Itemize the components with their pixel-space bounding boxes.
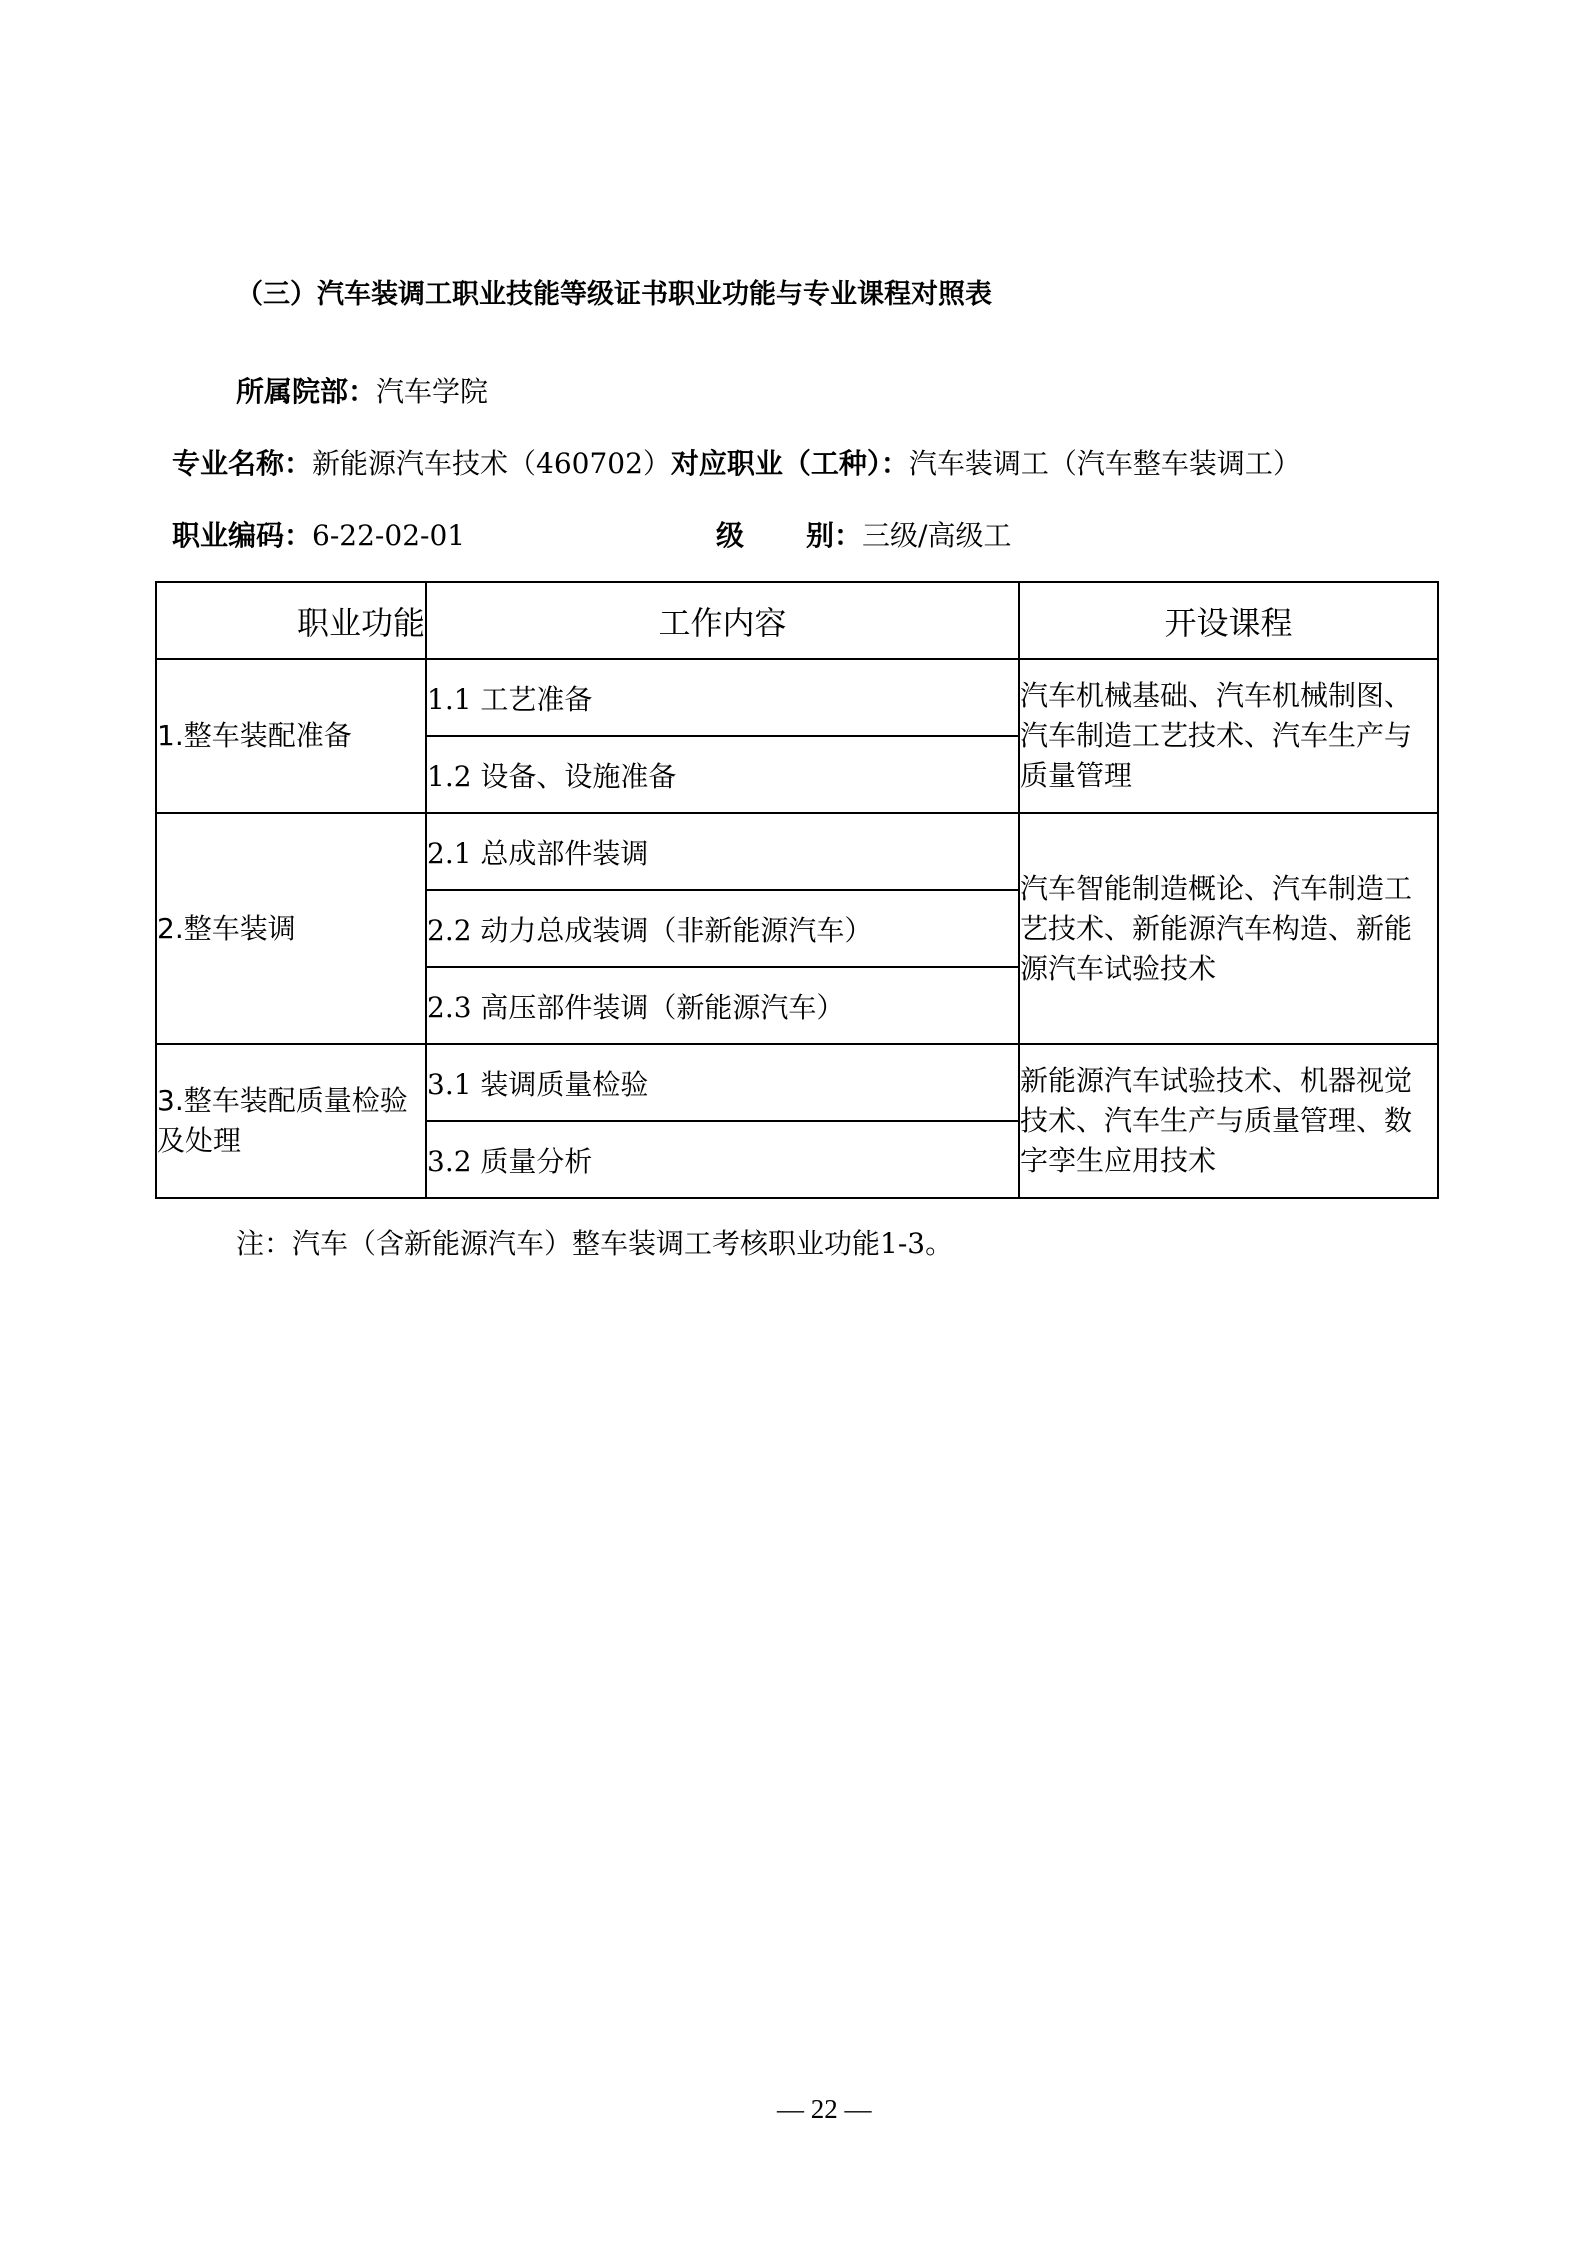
header-courses: 开设课程 <box>1019 582 1438 659</box>
table-row: 3.整车装配质量检验及处理 3.1 装调质量检验 新能源汽车试验技术、机器视觉技… <box>156 1044 1438 1121</box>
major-label: 专业名称： <box>172 447 312 480</box>
department-label: 所属院部： <box>236 375 376 408</box>
function-cell: 1.整车装配准备 <box>156 659 426 813</box>
work-item-cell: 2.3 高压部件装调（新能源汽车） <box>426 967 1019 1044</box>
page-number: — 22 — <box>777 2094 872 2125</box>
code-line: 职业编码：6-22-02-01 <box>172 514 465 554</box>
code-value: 6-22-02-01 <box>312 519 465 552</box>
work-item-cell: 1.2 设备、设施准备 <box>426 736 1019 813</box>
code-label: 职业编码： <box>172 519 312 552</box>
level-label-b: 别： <box>806 519 862 552</box>
table-note: 注：汽车（含新能源汽车）整车装调工考核职业功能1-3。 <box>236 1222 953 1262</box>
header-function: 职业功能 <box>156 582 426 659</box>
function-cell: 2.整车装调 <box>156 813 426 1044</box>
department-line: 所属院部：汽车学院 <box>236 370 488 410</box>
function-course-table: 职业功能 工作内容 开设课程 1.整车装配准备 1.1 工艺准备 汽车机械基础、… <box>155 581 1439 1199</box>
major-line: 专业名称：新能源汽车技术（460702）对应职业（工种）：汽车装调工（汽车整车装… <box>172 442 1301 482</box>
table-header-row: 职业功能 工作内容 开设课程 <box>156 582 1438 659</box>
major-value: 新能源汽车技术（460702） <box>312 447 671 480</box>
level-line: 级别：三级/高级工 <box>716 514 1011 554</box>
work-item-cell: 3.2 质量分析 <box>426 1121 1019 1198</box>
header-work-content: 工作内容 <box>426 582 1019 659</box>
courses-cell: 汽车智能制造概论、汽车制造工艺技术、新能源汽车构造、新能源汽车试验技术 <box>1019 813 1438 1044</box>
work-item-cell: 1.1 工艺准备 <box>426 659 1019 736</box>
courses-cell: 汽车机械基础、汽车机械制图、汽车制造工艺技术、汽车生产与质量管理 <box>1019 659 1438 813</box>
work-item-cell: 2.1 总成部件装调 <box>426 813 1019 890</box>
section-title: （三）汽车装调工职业技能等级证书职业功能与专业课程对照表 <box>236 272 992 311</box>
work-item-cell: 2.2 动力总成装调（非新能源汽车） <box>426 890 1019 967</box>
level-label-a: 级 <box>716 519 744 552</box>
function-cell: 3.整车装配质量检验及处理 <box>156 1044 426 1198</box>
table-row: 2.整车装调 2.1 总成部件装调 汽车智能制造概论、汽车制造工艺技术、新能源汽… <box>156 813 1438 890</box>
occupation-label: 对应职业（工种）： <box>671 447 909 480</box>
work-item-cell: 3.1 装调质量检验 <box>426 1044 1019 1121</box>
table-row: 1.整车装配准备 1.1 工艺准备 汽车机械基础、汽车机械制图、汽车制造工艺技术… <box>156 659 1438 736</box>
level-value: 三级/高级工 <box>862 519 1011 552</box>
department-value: 汽车学院 <box>376 375 488 408</box>
occupation-value: 汽车装调工（汽车整车装调工） <box>909 447 1301 480</box>
courses-cell: 新能源汽车试验技术、机器视觉技术、汽车生产与质量管理、数字孪生应用技术 <box>1019 1044 1438 1198</box>
